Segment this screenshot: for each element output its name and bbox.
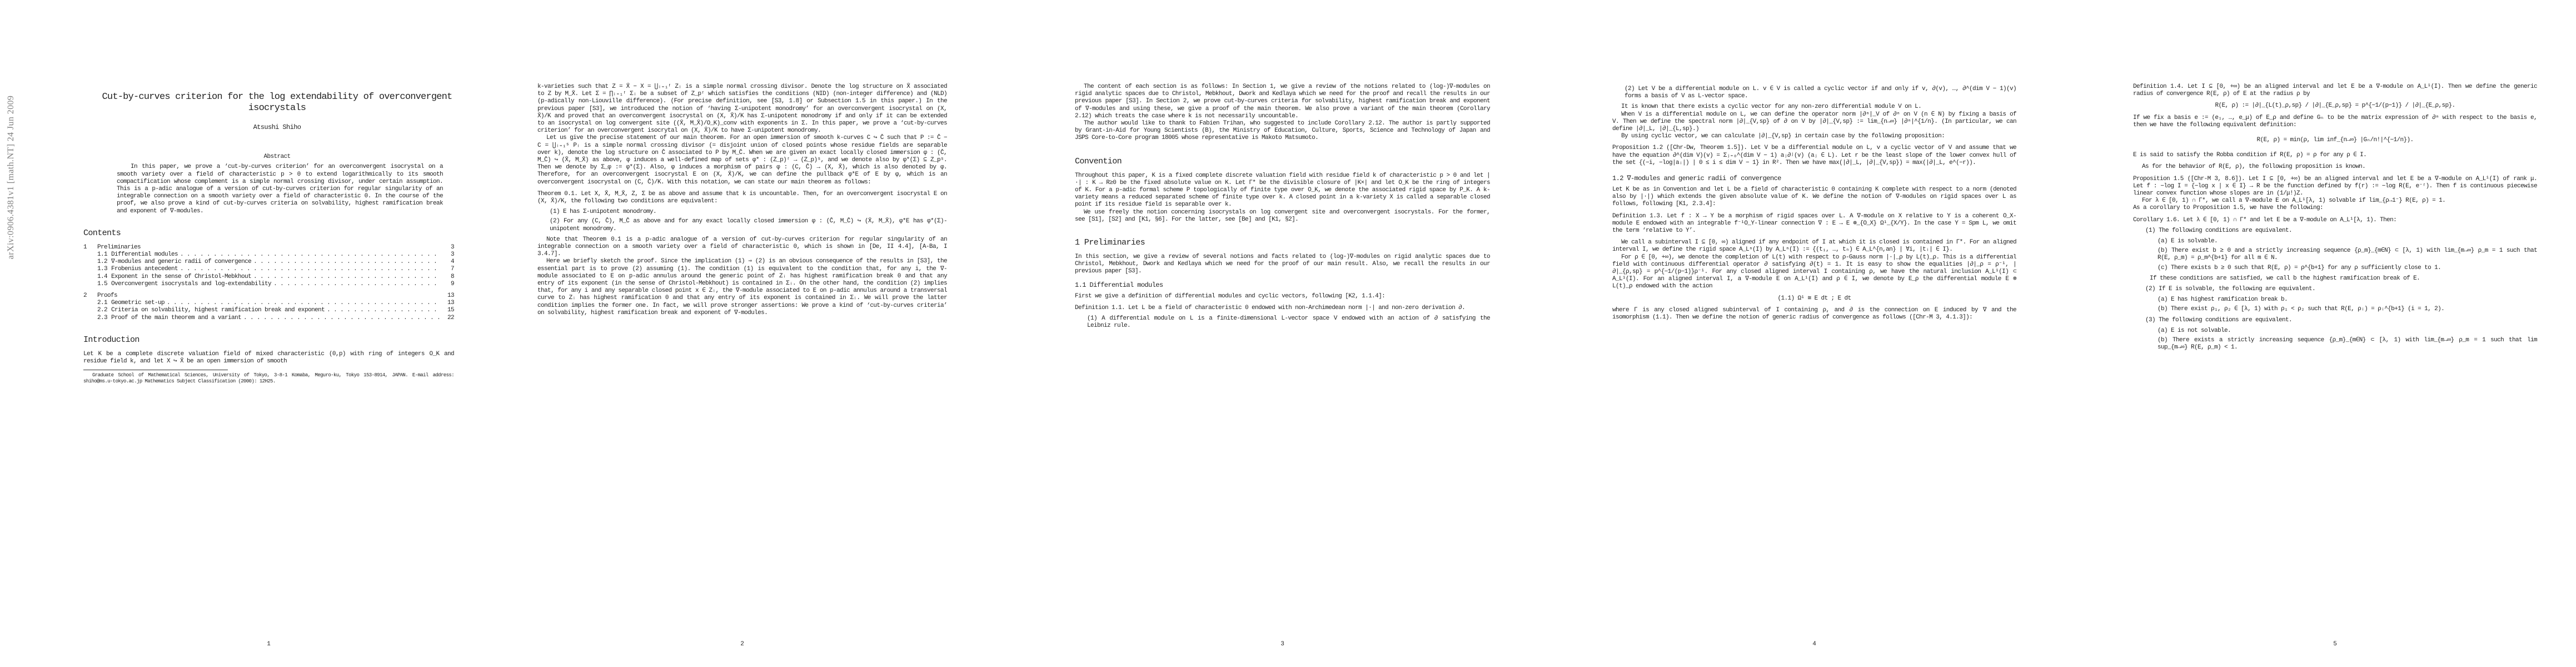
condition-item: (a) E has highest ramification break b. [2158, 296, 2537, 303]
paragraph: Throughout this paper, K is a fixed comp… [1075, 172, 1490, 209]
equation: (1.1) Ω¹ ≅ E dt ; E dt [1612, 295, 2016, 302]
paragraph: If we fix a basis e := (e₁, …, e_μ) of E… [2133, 115, 2537, 129]
toc-entry[interactable]: 1Preliminaries3 [83, 244, 454, 251]
corollary-list: (3) The following conditions are equival… [2145, 317, 2537, 324]
equation: R(E, ρ) := |∂|_{L(t)_ρ,sp} / |∂|_{E_ρ,sp… [2133, 102, 2537, 109]
condition-item: (c) There exists b ≥ 0 such that R(E, ρ)… [2158, 265, 2537, 272]
definition-item: (1) A differential module on L is a fini… [1087, 315, 1490, 330]
toc-page: 4 [443, 258, 454, 266]
paragraph: For ρ ∈ [0, +∞), we denote the completio… [1612, 254, 2016, 291]
definition-list: (2) Let V be a differential module on L.… [1625, 86, 2016, 100]
page-3: The content of each section is as follow… [1030, 0, 1546, 667]
document-spread: arXiv:0906.4381v1 [math.NT] 24 Jun 2009 … [0, 0, 2576, 667]
toc-number: 2.2 [97, 307, 111, 314]
paragraph: The author would like to thank to Fabien… [1075, 120, 1490, 142]
toc-entry[interactable]: 1.1Differential modules. . . . . . . . .… [83, 251, 454, 258]
condition-item: (1) E has Σ-unipotent monodromy. [550, 208, 947, 216]
paragraph: First we give a definition of differenti… [1075, 293, 1490, 300]
theorem-statement: Theorem 0.1. Let X, X̄, M_X̄, Z, Σ be as… [537, 191, 947, 205]
paper-title: Cut-by-curves criterion for the log exte… [83, 92, 454, 114]
toc-entry[interactable]: 2.1Geometric set-up. . . . . . . . . . .… [83, 300, 454, 307]
toc-leader: . . . . . . . . . . . . . . . . . . . . … [253, 273, 441, 281]
page-number: 2 [537, 641, 947, 648]
paragraph: Note that Theorem 0.1 is a p-adic analog… [537, 236, 947, 258]
toc-label: Criteria on solvability, highest ramific… [111, 307, 325, 314]
toc-page: 15 [443, 307, 454, 314]
toc-number: 1.3 [97, 266, 111, 273]
section-heading-preliminaries: 1 Preliminaries [1075, 238, 1490, 248]
table-of-contents: 1Preliminaries3 1.1Differential modules.… [83, 244, 454, 322]
proposition: Proposition 1.5 ([Chr-M 3, 8.6]). Let I … [2133, 176, 2537, 198]
corollary-list: (2) If E is solvable, the following are … [2145, 286, 2537, 293]
proposition: Proposition 1.2 ([Chr-Dw, Theorem 1.5]).… [1612, 145, 2016, 167]
condition-list: (1) E has Σ-unipotent monodromy. (2) For… [550, 208, 947, 233]
paragraph: It is known that there exists a cyclic v… [1612, 103, 2016, 111]
toc-page: 3 [443, 251, 454, 258]
toc-number: 1.5 [97, 281, 111, 288]
definition-item: (2) Let V be a differential module on L.… [1625, 86, 2016, 100]
corollary-item: (2) If E is solvable, the following are … [2145, 286, 2537, 293]
paragraph: Let us give the precise statement of our… [537, 135, 947, 186]
paragraph: We use freely the notion concerning isoc… [1075, 209, 1490, 223]
paragraph: If these conditions are satisfied, we ca… [2150, 275, 2537, 282]
paragraph: When V is a differential module on L, we… [1612, 111, 2016, 133]
footnote-divider [83, 370, 228, 370]
paragraph: where Γ is any closed aligned subinterva… [1612, 307, 2016, 321]
paragraph: The content of each section is as follow… [1075, 83, 1490, 120]
author-name: Atsushi Shiho [83, 124, 454, 131]
toc-entry[interactable]: 1.2∇-modules and generic radii of conver… [83, 258, 454, 266]
toc-leader: . . . . . . . . . . . . . . . . . . . . … [253, 258, 441, 266]
paragraph: As for the behavior of R(E, ρ), the foll… [2133, 163, 2537, 171]
toc-entry[interactable]: 2.2Criteria on solvability, highest rami… [83, 307, 454, 314]
convention-heading: Convention [1075, 157, 1490, 167]
page-number: 1 [83, 641, 454, 648]
toc-leader: . . . . . . . . . . . . . . . . . . . . … [243, 315, 441, 322]
toc-number: 2.1 [97, 300, 111, 307]
toc-label: Differential modules [111, 251, 178, 258]
equation: R(E, ρ) = min(ρ, lim inf_{n→∞} |Gₙ/n!|^{… [2133, 137, 2537, 144]
introduction-heading: Introduction [83, 335, 454, 345]
condition-list: (a) E is solvable. (b) There exist b ≥ 0… [2158, 238, 2537, 272]
toc-page: 3 [443, 244, 454, 251]
introduction-text: Let K be a complete discrete valuation f… [83, 351, 454, 365]
corollary: Corollary 1.6. Let λ ∈ [0, 1) ∩ Γ* and l… [2133, 217, 2537, 224]
toc-page: 13 [443, 300, 454, 307]
toc-label: Exponent in the sense of Christol-Mebkho… [111, 273, 251, 281]
corollary-item: (3) The following conditions are equival… [2145, 317, 2537, 324]
toc-entry[interactable]: 1.5Overconvergent isocrystals and log-ex… [83, 281, 454, 288]
toc-page: 9 [443, 281, 454, 288]
toc-page: 8 [443, 273, 454, 281]
condition-item: (2) For any (C, C̄), M_C̄ as above and f… [550, 218, 947, 232]
corollary-item: (1) The following conditions are equival… [2145, 227, 2537, 235]
paragraph: For λ ∈ [0, 1) ∩ Γ*, we call a ∇-module … [2133, 197, 2537, 205]
toc-label: Frobenius antecedent [111, 266, 178, 273]
toc-label: Proof of the main theorem and a variant [111, 315, 241, 322]
toc-number: 2.3 [97, 315, 111, 322]
toc-page: 7 [443, 266, 454, 273]
page-1: arXiv:0906.4381v1 [math.NT] 24 Jun 2009 … [0, 0, 515, 667]
condition-item: (b) There exist ρ₁, ρ₂ ∈ [λ, 1) with ρ₁ … [2158, 306, 2537, 313]
page-2: k-varieties such that Z = X̄ − X = ⋃ᵢ₌₁ʳ… [515, 0, 1030, 667]
definition: Definition 1.1. Let L be a field of char… [1075, 305, 1490, 312]
definition-list: (1) A differential module on L is a fini… [1087, 315, 1490, 330]
toc-leader: . . . . . . . . . . . . . . . . . . . . … [180, 251, 441, 258]
subsection-heading: 1.1 Differential modules [1075, 281, 1490, 290]
toc-page: 22 [443, 315, 454, 322]
toc-number: 1 [83, 244, 97, 251]
toc-page: 13 [443, 292, 454, 300]
toc-label: Proofs [97, 292, 117, 300]
paragraph: Here we briefly sketch the proof. Since … [537, 258, 947, 317]
paragraph: k-varieties such that Z = X̄ − X = ⋃ᵢ₌₁ʳ… [537, 83, 947, 135]
toc-number: 1.1 [97, 251, 111, 258]
toc-number: 1.4 [97, 273, 111, 281]
paragraph: Let K be as in Convention and let L be a… [1612, 186, 2016, 208]
condition-list: (a) E has highest ramification break b. … [2158, 296, 2537, 313]
condition-item: (a) E is solvable. [2158, 238, 2537, 245]
toc-number: 1.2 [97, 258, 111, 266]
page-number: 3 [1075, 641, 1490, 648]
toc-entry[interactable]: 1.4Exponent in the sense of Christol-Meb… [83, 273, 454, 281]
toc-entry[interactable]: 1.3Frobenius antecedent. . . . . . . . .… [83, 266, 454, 273]
paragraph: In this section, we give a review of sev… [1075, 253, 1490, 276]
condition-item: (b) There exists a strictly increasing s… [2158, 337, 2537, 351]
toc-leader: . . . . . . . . . . . . . . . . . . . . … [167, 300, 441, 307]
paragraph: As a corollary to Proposition 1.5, we ha… [2133, 205, 2537, 212]
page-number: 5 [2133, 641, 2537, 648]
toc-entry[interactable]: 2Proofs13 [83, 292, 454, 300]
page-number: 4 [1612, 641, 2016, 648]
page-4: (2) Let V be a differential module on L.… [1546, 0, 2061, 667]
toc-number: 2 [83, 292, 97, 300]
corollary-list: (1) The following conditions are equival… [2145, 227, 2537, 235]
contents-heading: Contents [83, 228, 454, 238]
toc-label: Preliminaries [97, 244, 141, 251]
paragraph: We call a subinterval I ⊆ [0, ∞) aligned… [1612, 239, 2016, 253]
toc-leader: . . . . . . . . . . . . . . . . . . . . … [180, 266, 441, 273]
abstract-heading: Abstract [83, 153, 454, 161]
toc-entry[interactable]: 2.3Proof of the main theorem and a varia… [83, 315, 454, 322]
definition: Definition 1.3. Let f : X → Y be a morph… [1612, 213, 2016, 235]
condition-list: (a) E is not solvable. (b) There exists … [2158, 327, 2537, 352]
paragraph: By using cyclic vector, we can calculate… [1612, 133, 2016, 140]
footnote: Graduate School of Mathematical Sciences… [83, 372, 454, 385]
condition-item: (b) There exist b ≥ 0 and a strictly inc… [2158, 247, 2537, 262]
abstract-text: In this paper, we prove a ‘cut-by-curves… [83, 163, 454, 215]
page-5: Definition 1.4. Let I ⊆ [0, +∞) be an al… [2061, 0, 2576, 667]
definition: Definition 1.4. Let I ⊆ [0, +∞) be an al… [2133, 83, 2537, 98]
toc-leader: . . . . . . . . . . . . . . . . . . . . … [327, 307, 441, 314]
arxiv-stamp: arXiv:0906.4381v1 [math.NT] 24 Jun 2009 [0, 0, 22, 667]
paragraph: E is said to satisfy the Robba condition… [2133, 152, 2537, 159]
toc-leader: . . . . . . . . . . . . . . . . . . . . … [273, 281, 441, 288]
toc-label: Overconvergent isocrystals and log-exten… [111, 281, 271, 288]
condition-item: (a) E is not solvable. [2158, 327, 2537, 335]
subsection-heading: 1.2 ∇-modules and generic radii of conve… [1612, 175, 2016, 183]
arxiv-stamp-text: arXiv:0906.4381v1 [math.NT] 24 Jun 2009 [6, 72, 16, 283]
toc-label: Geometric set-up [111, 300, 165, 307]
toc-label: ∇-modules and generic radii of convergen… [111, 258, 251, 266]
